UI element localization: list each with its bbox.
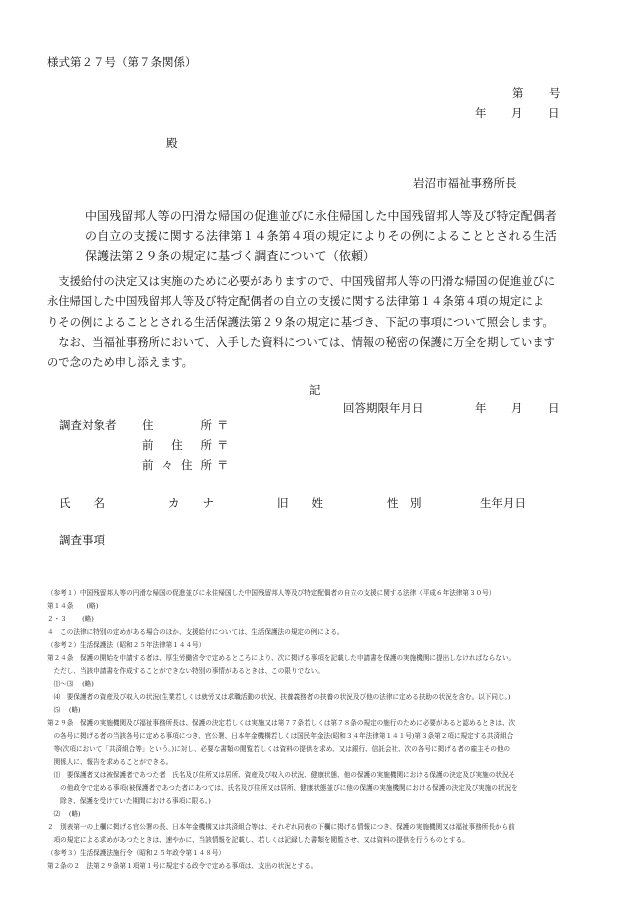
body-line: 永住帰国した中国残留邦人等及び特定配偶者の自立の支援に関する法律第１４条第４項の… [47, 292, 555, 312]
footnote-line: 第１４条 (略) [47, 600, 518, 613]
footnote-line: の他政令で定める事項(被保護者であつた者にあつては、氏名及び住所又は居所、健康状… [47, 782, 518, 795]
body-text: 支援給付の決定又は実施のために必要がありますので、中国残留邦人等の円滑な帰国の促… [47, 272, 555, 373]
footnote-line: ４ この法律に特別の定めがある場合のほか、支援給付については、生活保護法の規定の… [47, 626, 518, 639]
former-name-label: 旧 姓 [277, 496, 323, 510]
title-line: 保護法第２９条の規定に基づく調査について（依頼） [85, 246, 557, 266]
body-line: 支援給付の決定又は実施のために必要がありますので、中国残留邦人等の円滑な帰国の促… [47, 272, 555, 292]
postal-mark: 〒 [217, 438, 229, 452]
prev-prev-address-label: 前々住所 [142, 458, 212, 472]
footnote-line: （参考３）生活保護法施行令（昭和２５年政令第１４８号） [47, 847, 518, 860]
footnote-line: 等(次項において「共済組合等」という。)に対し、必要な書類の閲覧若しくは資料の提… [47, 743, 518, 756]
footnote-line: 項の規定による求めがあつたときは、速やかに、当該情報を記載し、若しくは記録した書… [47, 834, 518, 847]
footnote-line: （参考１）中国残留邦人等の円滑な帰国の促進並びに永住帰国した中国残留邦人等及び特… [47, 587, 518, 600]
footnote-line: 第２９条 保護の実施機関及び福祉事務所長は、保護の決定若しくは実施又は第７７条若… [47, 717, 518, 730]
title-line: 中国残留邦人等の円滑な帰国の促進並びに永住帰国した中国残留邦人等及び特定配偶者 [85, 206, 557, 226]
footnote-line: ⑴～⑶ (略) [47, 678, 518, 691]
title-line: の自立の支援に関する法律第１４条第４項の規定によりその例によることとされる生活 [85, 226, 557, 246]
body-line: りその例によることとされる生活保護法第２９条の規定に基づき、下記の事項について照… [47, 313, 555, 333]
footnote-line: 第２条の２ 法第２９条第１項第１号に規定する政令で定める事項は、支出の状況とする… [47, 860, 518, 873]
footnote-line: （参考２）生活保護法（昭和２５年法律第１４４号） [47, 639, 518, 652]
footnote-line: の各号に掲げる者の当該各号に定める事項につき、官公署、日本年金機構若しくは国民年… [47, 730, 518, 743]
sender-name: 岩沼市福祉事務所長 [413, 176, 517, 190]
footnote-line: 関係人に、報告を求めることができる。 [47, 756, 518, 769]
address-label: 住 所 [142, 418, 212, 432]
reference-footnotes: （参考１）中国残留邦人等の円滑な帰国の促進並びに永住帰国した中国残留邦人等及び特… [47, 587, 518, 873]
prev-address-label: 前 住 所 [142, 438, 212, 452]
sex-label: 性 別 [387, 496, 422, 510]
footnote-line: ２ 別表第一の上欄に掲げる官公署の長、日本年金機構又は共済組合等は、それぞれ同表… [47, 821, 518, 834]
date-month: 月 [511, 106, 523, 120]
footnote-line: 除き、保護を受けていた期間における事項に限る。) [47, 795, 518, 808]
footnote-line: ⑴ 要保護者又は被保護者であつた者 氏名及び住所又は居所、資産及び収入の状況、健… [47, 769, 518, 782]
body-line: ので念のため申し添えます。 [47, 353, 555, 373]
body-line: なお、当福祉事務所において、入手した資料については、情報の秘密の保護に万全を期し… [47, 333, 555, 353]
footnote-line: 第２４条 保護の開始を申請する者は、厚生労働省令で定めるところにより、次に掲げる… [47, 652, 518, 665]
footnote-line: ⑵ (略) [47, 808, 518, 821]
kana-label: カ ナ [168, 496, 214, 510]
deadline-day: 日 [548, 401, 560, 415]
document-title: 中国残留邦人等の円滑な帰国の促進並びに永住帰国した中国残留邦人等及び特定配偶者 … [85, 206, 557, 266]
postal-mark: 〒 [217, 418, 229, 432]
birthdate-label: 生年月日 [480, 496, 526, 510]
footnote-line: ⑷ 要保護者の資産及び収入の状況(生業若しくは就労又は求職活動の状況、扶養義務者… [47, 691, 518, 704]
doc-number-suffix: 号 [549, 86, 561, 100]
inquiry-label: 調査事項 [59, 533, 105, 547]
doc-number-prefix: 第 [512, 86, 524, 100]
form-number: 様式第２７号（第７条関係） [47, 55, 197, 69]
postal-mark: 〒 [217, 458, 229, 472]
addressee-suffix: 殿 [166, 136, 178, 150]
name-label: 氏 名 [59, 496, 105, 510]
record-heading: 記 [309, 383, 321, 397]
date-year: 年 [475, 106, 487, 120]
footnote-line: ２・３ (略) [47, 613, 518, 626]
deadline-label: 回答期限年月日 [343, 401, 424, 415]
deadline-year: 年 [475, 401, 487, 415]
subject-label: 調査対象者 [59, 418, 117, 432]
deadline-month: 月 [511, 401, 523, 415]
date-day: 日 [548, 106, 560, 120]
footnote-line: ただし、当該申請書を作成することができない特別の事情があるときは、この限りでない… [47, 665, 518, 678]
footnote-line: ⑸ (略) [47, 704, 518, 717]
